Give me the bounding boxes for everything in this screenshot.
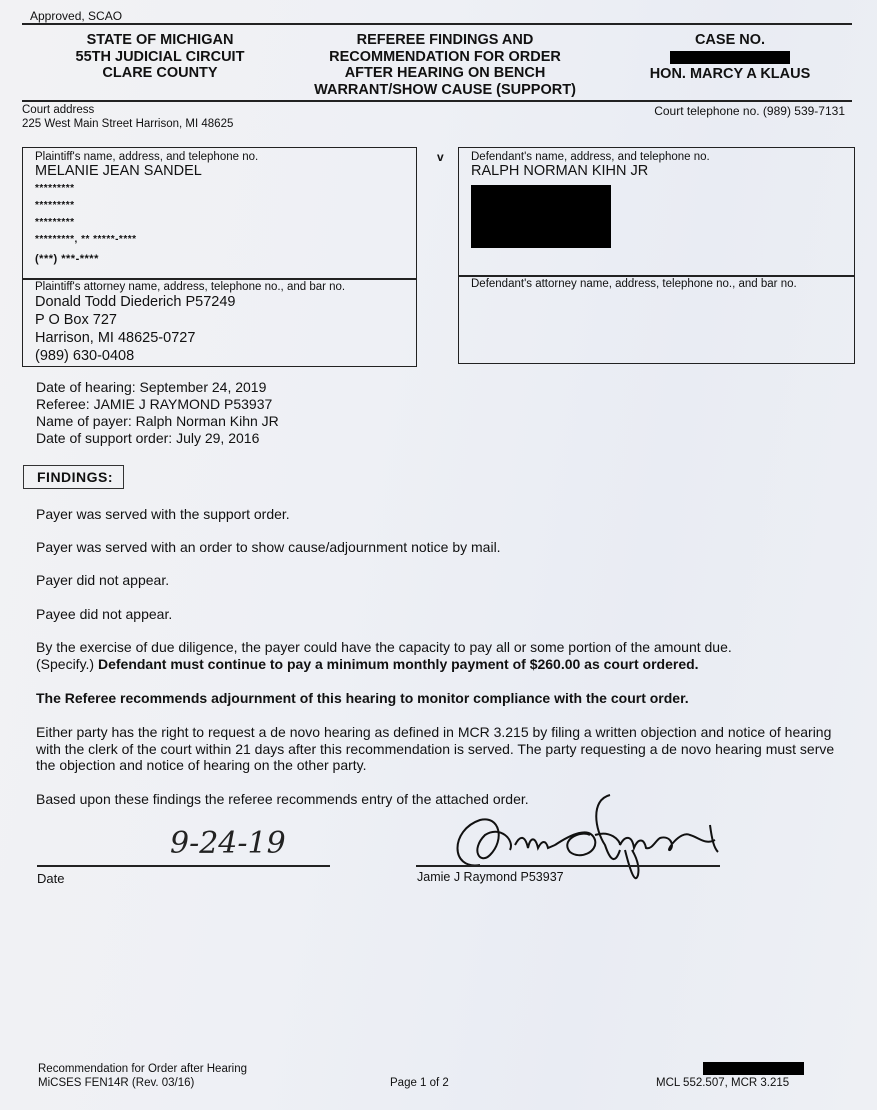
plaintiff-name: MELANIE JEAN SANDEL — [35, 163, 416, 180]
attorney-line: Donald Todd Diederich P57249 — [35, 293, 416, 311]
referee-recommendation: The Referee recommends adjournment of th… — [36, 690, 856, 707]
form-title-line: REFEREE FINDINGS AND — [300, 32, 590, 49]
form-id: MiCSES FEN14R (Rev. 03/16) — [38, 1076, 247, 1090]
finding-item: Payee did not appear. — [36, 606, 856, 623]
findings-heading: FINDINGS: — [23, 465, 124, 489]
referee: Referee: JAMIE J RAYMOND P53937 — [36, 396, 279, 413]
plaintiff-address-line: ********* — [35, 214, 416, 231]
form-title-line: AFTER HEARING ON BENCH — [300, 65, 590, 82]
attorney-line: Harrison, MI 48625-0727 — [35, 329, 416, 347]
header-rule-top — [22, 23, 852, 25]
court-telephone: Court telephone no. (989) 539-7131 — [654, 104, 845, 118]
court-address-label: Court address — [22, 103, 233, 117]
hearing-info: Date of hearing: September 24, 2019 Refe… — [36, 379, 279, 447]
plaintiff-address-line: *********, ** *****-**** — [35, 231, 416, 248]
county-line: CLARE COUNTY — [40, 65, 280, 82]
legal-citation: MCL 552.507, MCR 3.215 — [656, 1076, 789, 1090]
plaintiff-attorney-section: Plaintiff's attorney name, address, tele… — [23, 281, 416, 365]
signer-name: Jamie J Raymond P53937 — [417, 870, 564, 884]
plaintiff-attorney-label: Plaintiff's attorney name, address, tele… — [35, 281, 416, 293]
form-title-line: RECOMMENDATION FOR ORDER — [300, 49, 590, 66]
case-block: CASE NO. HON. MARCY A KLAUS — [630, 32, 830, 82]
approved-label: Approved, SCAO — [30, 9, 122, 23]
diligence-finding: By the exercise of due diligence, the pa… — [36, 639, 856, 672]
date-label: Date — [37, 871, 64, 886]
header-rule-bottom — [22, 100, 852, 102]
form-title-line: WARRANT/SHOW CAUSE (SUPPORT) — [300, 82, 590, 99]
hearing-date: Date of hearing: September 24, 2019 — [36, 379, 279, 396]
plaintiff-phone: (***) ***-**** — [35, 251, 416, 268]
plaintiff-box: Plaintiff's name, address, and telephone… — [22, 147, 417, 367]
plaintiff-divider — [23, 278, 416, 280]
specify-prefix: (Specify.) — [36, 656, 94, 672]
plaintiff-address-line: ********* — [35, 197, 416, 214]
attorney-line: P O Box 727 — [35, 311, 416, 329]
defendant-attorney-label: Defendant's attorney name, address, tele… — [471, 278, 854, 290]
plaintiff-label: Plaintiff's name, address, and telephone… — [35, 151, 416, 163]
support-order-date: Date of support order: July 29, 2016 — [36, 430, 279, 447]
page-number: Page 1 of 2 — [390, 1076, 449, 1090]
footer-redaction — [703, 1062, 804, 1075]
form-title-block: REFEREE FINDINGS AND RECOMMENDATION FOR … — [300, 32, 590, 98]
payer-name: Name of payer: Ralph Norman Kihn JR — [36, 413, 279, 430]
finding-item: Payer was served with an order to show c… — [36, 539, 856, 556]
judge-name: HON. MARCY A KLAUS — [630, 66, 830, 83]
finding-item: Payer did not appear. — [36, 572, 856, 589]
circuit-line: 55TH JUDICIAL CIRCUIT — [40, 49, 280, 66]
plaintiff-address-line: ********* — [35, 180, 416, 197]
diligence-text: By the exercise of due diligence, the pa… — [36, 639, 856, 656]
form-title-footer: Recommendation for Order after Hearing — [38, 1062, 247, 1076]
date-signature-line — [37, 865, 330, 867]
defendant-divider — [459, 275, 854, 277]
case-number-redaction — [670, 51, 790, 64]
defendant-attorney-section: Defendant's attorney name, address, tele… — [459, 278, 854, 290]
versus-label: v — [437, 150, 444, 164]
handwritten-date: 9-24-19 — [170, 826, 286, 861]
case-no-label: CASE NO. — [630, 32, 830, 49]
court-name-block: STATE OF MICHIGAN 55TH JUDICIAL CIRCUIT … — [40, 32, 280, 82]
referee-signature-line — [416, 865, 720, 867]
specify-line: (Specify.) Defendant must continue to pa… — [36, 656, 856, 673]
state-line: STATE OF MICHIGAN — [40, 32, 280, 49]
defendant-address-redaction — [471, 185, 611, 248]
court-address-block: Court address 225 West Main Street Harri… — [22, 103, 233, 131]
specify-text: Defendant must continue to pay a minimum… — [98, 656, 699, 672]
defendant-label: Defendant's name, address, and telephone… — [471, 151, 854, 163]
finding-item: Payer was served with the support order. — [36, 506, 856, 523]
defendant-name: RALPH NORMAN KIHN JR — [471, 163, 854, 180]
defendant-box: Defendant's name, address, and telephone… — [458, 147, 855, 364]
court-address: 225 West Main Street Harrison, MI 48625 — [22, 117, 233, 131]
de-novo-notice: Either party has the right to request a … — [36, 724, 854, 774]
form-footer-left: Recommendation for Order after Hearing M… — [38, 1062, 247, 1090]
attorney-line: (989) 630-0408 — [35, 347, 416, 365]
